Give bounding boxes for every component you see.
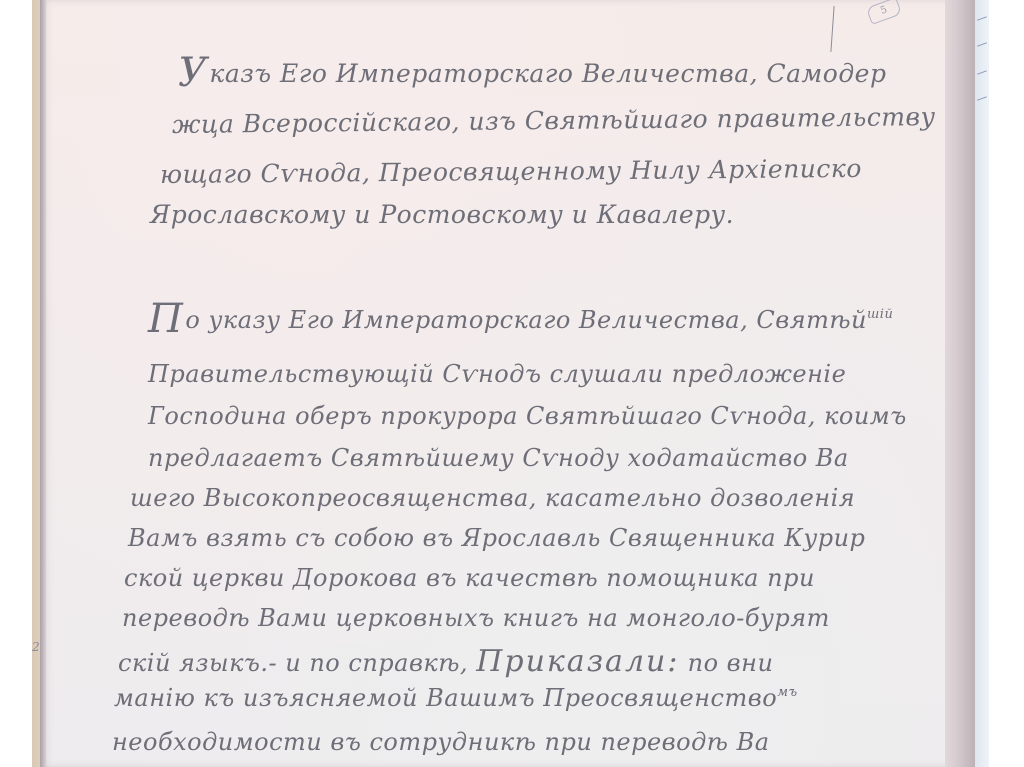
ruled-line-mark (977, 16, 987, 20)
body-line-5: шего Высокопреосвященства, касательно до… (130, 484, 855, 512)
body-line-6: Вамъ взять съ собою въ Ярославль Священн… (128, 524, 865, 552)
binding-strip (945, 0, 975, 767)
backing-page-edge (975, 0, 989, 767)
body-line-8: переводѣ Вами церковныхъ книгъ на монгол… (122, 604, 830, 632)
body-line-1: По указу Его Императорскаго Величества, … (148, 296, 893, 342)
body-line-9: скій языкъ.- и по справкѣ, Приказали: по… (118, 644, 773, 679)
prikazali-emphasis: Приказали: (476, 644, 679, 679)
heading-line-3: ющаго Сѵнода, Преосвященному Нилу Архіеп… (160, 154, 862, 189)
heading-initial: У (178, 50, 207, 96)
heading-line-1: Указъ Его Императорскаго Величества, Сам… (178, 50, 886, 96)
ruled-line-mark (977, 42, 987, 46)
body-line-2: Правительствующій Сѵнодъ слушали предлож… (148, 360, 846, 388)
body-line-10: манію къ изъясняемой Вашимъ Преосвященст… (114, 684, 798, 712)
manuscript-photo: 2ю/б 5 Указъ Его Императорскаго Величест… (0, 0, 1024, 767)
heading-line-4: Ярославскому и Ростовскому и Кавалеру. (150, 200, 734, 229)
ruled-line-mark (977, 70, 987, 74)
body-line-4: предлагаетъ Святѣйшему Сѵноду ходатайств… (148, 444, 849, 472)
body-line-11: необходимости въ сотрудникѣ при переводѣ… (112, 728, 770, 756)
sheet-left-edge (40, 0, 46, 767)
body-line-7: ской церкви Дорокова въ качествѣ помощни… (124, 564, 815, 592)
body-line-3: Господина оберъ прокурора Святѣйшаго Сѵн… (148, 402, 907, 430)
ruled-line-mark (977, 96, 987, 100)
body-initial: П (148, 296, 183, 342)
